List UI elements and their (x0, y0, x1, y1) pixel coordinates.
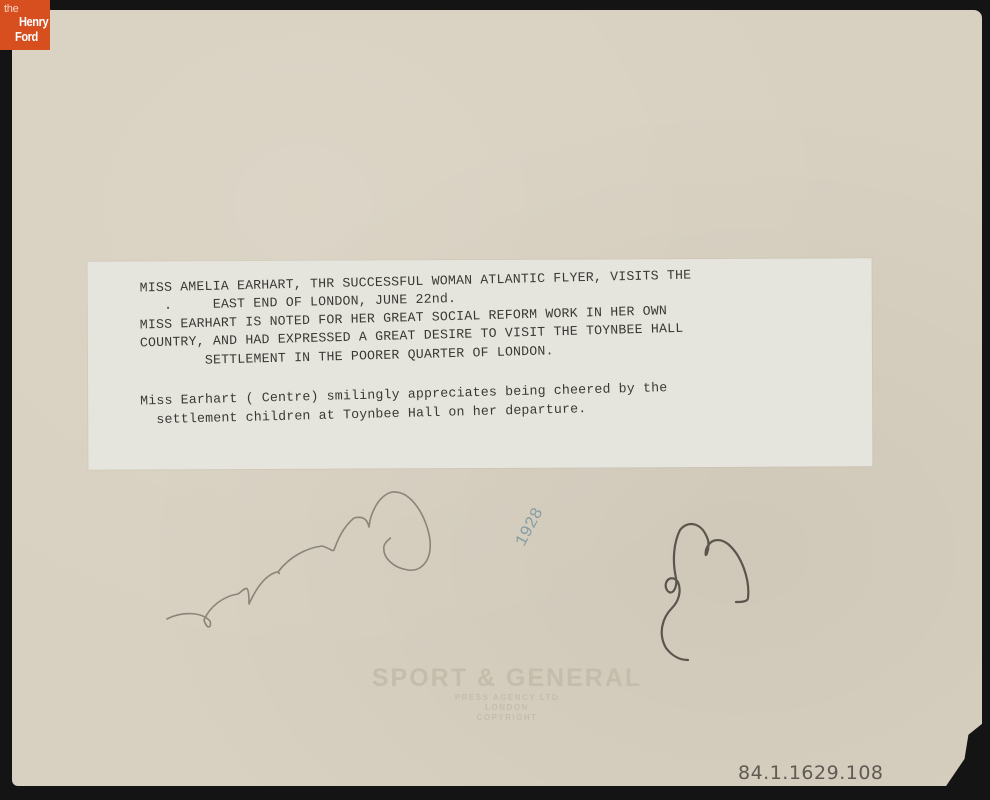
document-viewer: the Henry Ford MISS AMELIA EARHART, THR … (0, 0, 990, 800)
photo-back-card: MISS AMELIA EARHART, THR SUCCESSFUL WOMA… (12, 10, 982, 786)
logo-the-text: the (4, 3, 18, 15)
caption-line-6: Miss Earhart ( Centre) smilingly appreci… (140, 380, 668, 408)
pencil-signature-left (162, 478, 442, 638)
typed-caption-label: MISS AMELIA EARHART, THR SUCCESSFUL WOMA… (88, 258, 873, 469)
henry-ford-logo[interactable]: the Henry Ford (0, 0, 50, 50)
agency-line-2: PRESS AGENCY LTD (362, 693, 652, 703)
accession-number: 84.1.1629.108 (738, 762, 884, 784)
agency-line-3: LONDON (362, 703, 652, 713)
pencil-signature-right (640, 510, 780, 670)
agency-line-4: COPYRIGHT (362, 713, 652, 723)
logo-ford-text: Ford (15, 29, 38, 44)
agency-name: SPORT & GENERAL (362, 664, 652, 693)
logo-henry-text: Henry (19, 14, 48, 29)
year-stamp: 1928 (512, 505, 548, 550)
sport-and-general-stamp: SPORT & GENERAL PRESS AGENCY LTD LONDON … (362, 664, 652, 723)
